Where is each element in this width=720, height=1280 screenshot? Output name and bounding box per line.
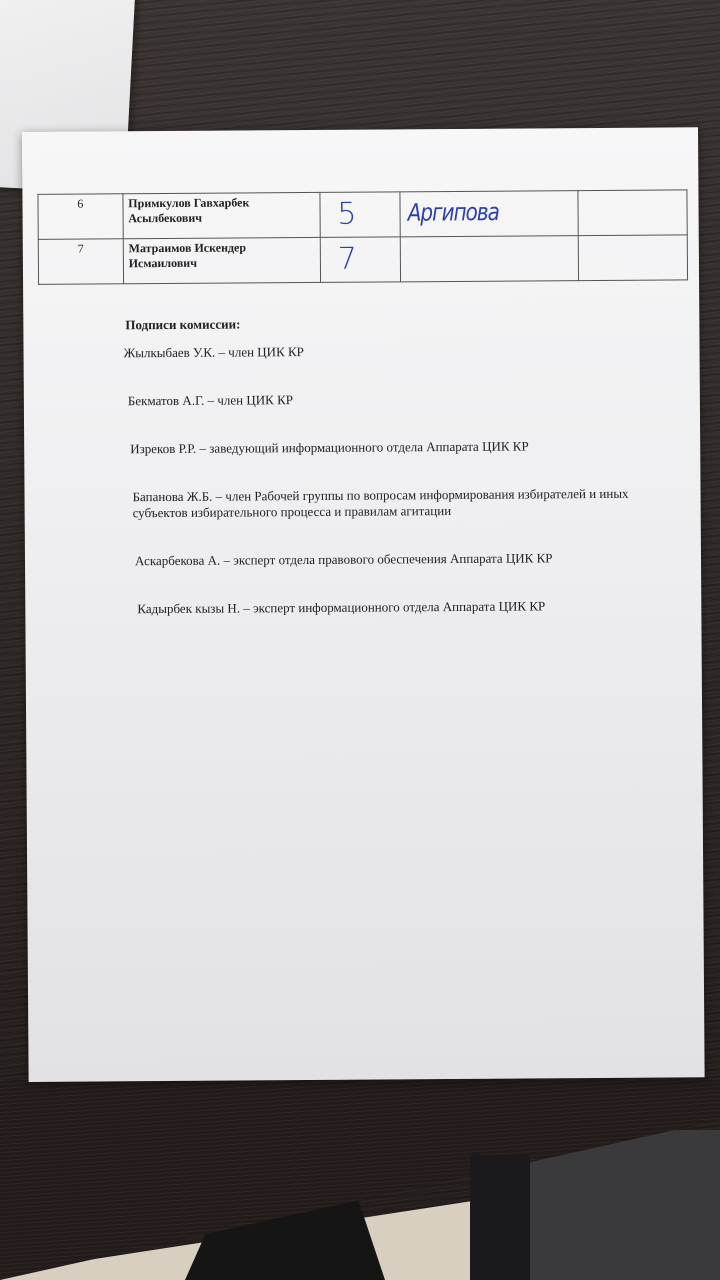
handwritten-score: 5	[337, 198, 395, 230]
row-number: 6	[38, 194, 123, 240]
document-page: 6 Примкулов Гавхарбек Асылбекович 5 Арги…	[22, 127, 705, 1082]
table-row: 6 Примкулов Гавхарбек Асылбекович 5 Арги…	[38, 190, 687, 240]
handwritten-score: 7	[338, 243, 396, 275]
signature-member: Бекматов А.Г. – член ЦИК КР	[128, 389, 684, 409]
candidate-name: Матраимов Искендер Исмаилович	[123, 237, 320, 283]
empty-cell	[578, 235, 688, 281]
handwritten-signature: Аргипова	[408, 197, 573, 227]
empty-cell	[578, 190, 688, 236]
signature-member: Аскарбекова А. – эксперт отдела правовог…	[135, 549, 685, 569]
chair-leg	[470, 1155, 530, 1280]
signature-member: Бапанова Ж.Б. – член Рабочей группы по в…	[132, 485, 672, 521]
signature-member: Изреков Р.Р. – заведующий информационног…	[130, 437, 684, 457]
signature-member: Кадырбек кызы Н. – эксперт информационно…	[137, 597, 685, 617]
signature-member: Жылкыбаев У.К. – член ЦИК КР	[123, 341, 683, 361]
candidate-name: Примкулов Гавхарбек Асылбекович	[123, 192, 320, 238]
row-number: 7	[38, 239, 123, 285]
commission-signatures: Подписи комиссии: Жылкыбаев У.К. – член …	[123, 313, 685, 617]
table-row: 7 Матраимов Искендер Исмаилович 7	[38, 235, 687, 285]
voting-table: 6 Примкулов Гавхарбек Асылбекович 5 Арги…	[37, 189, 688, 285]
handwritten-signature	[408, 244, 573, 245]
signatures-title: Подписи комиссии:	[125, 313, 683, 333]
